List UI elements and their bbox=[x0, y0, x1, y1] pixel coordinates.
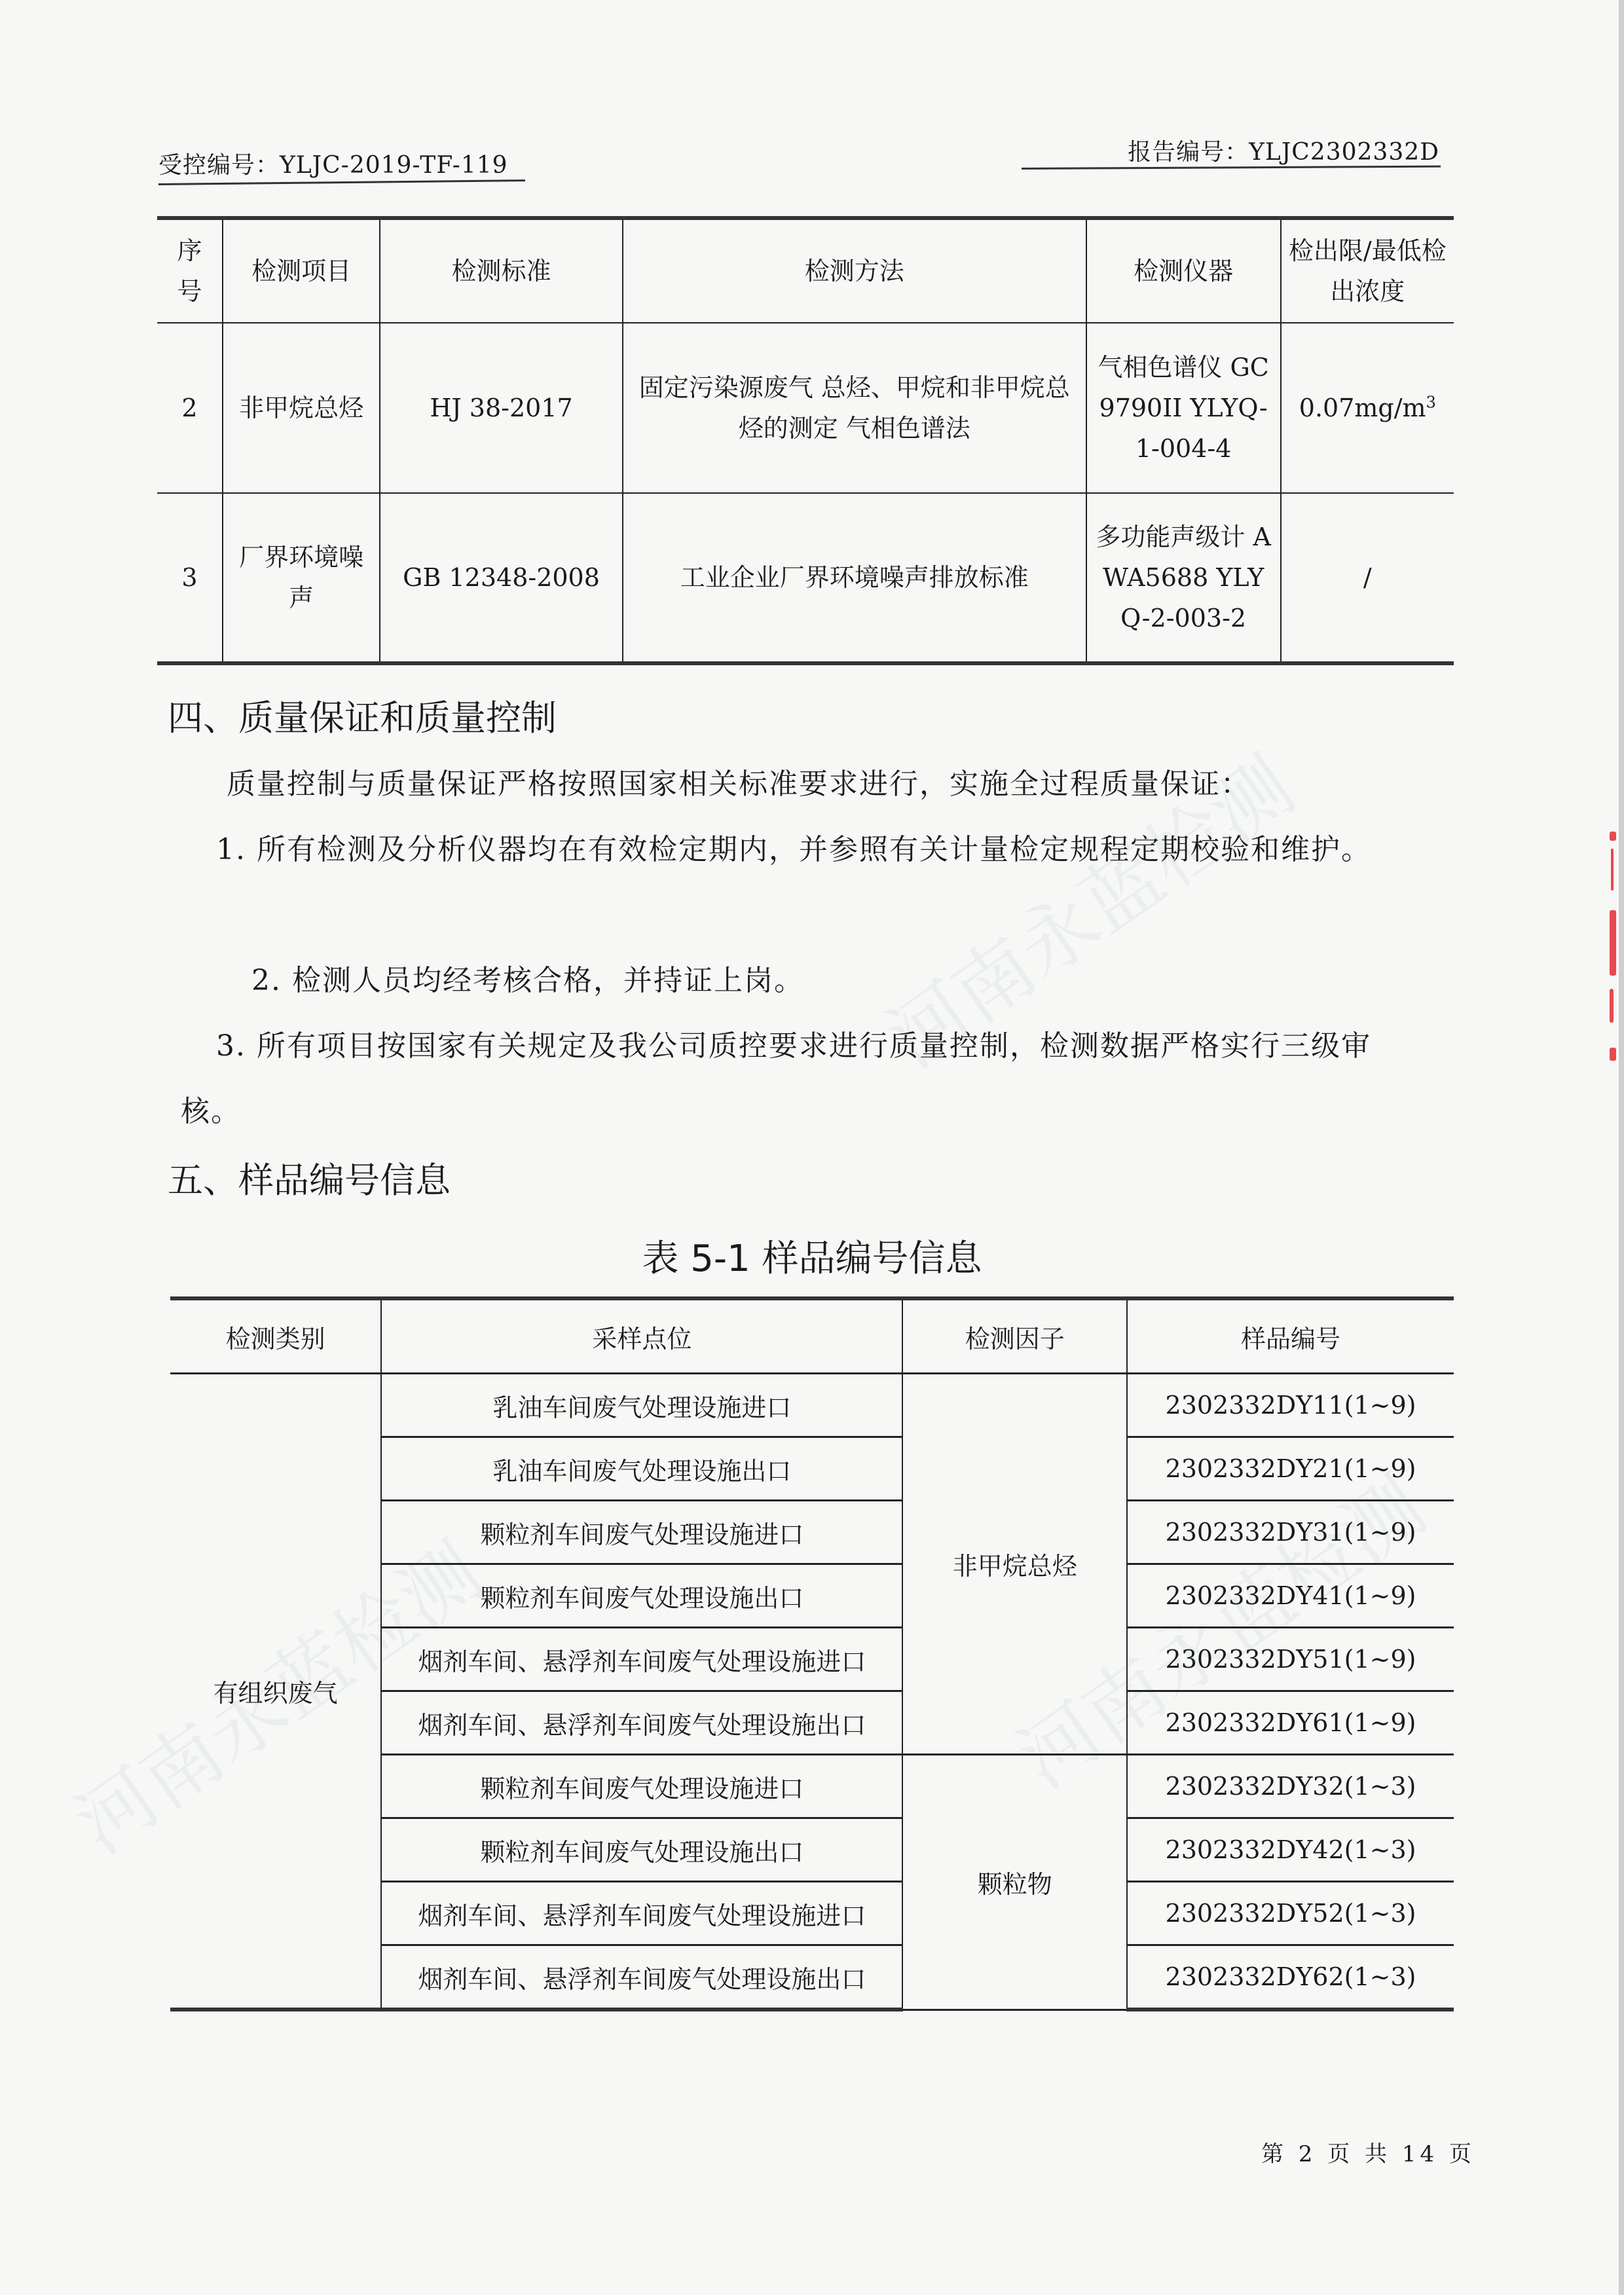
header-method: 检测方法 bbox=[623, 218, 1086, 323]
header-standard: 检测标准 bbox=[380, 218, 623, 323]
cell-location: 烟剂车间、悬浮剂车间废气处理设施出口 bbox=[381, 1691, 902, 1755]
cell-factor: 非甲烷总烃 bbox=[902, 1374, 1127, 1755]
table-header-row: 序 号 检测项目 检测标准 检测方法 检测仪器 检出限/最低检出浓度 bbox=[157, 218, 1454, 323]
cell-location: 颗粒剂车间废气处理设施进口 bbox=[381, 1755, 902, 1818]
quality-intro: 质量控制与质量保证严格按照国家相关标准要求进行，实施全过程质量保证： bbox=[227, 752, 1445, 817]
cell-location: 颗粒剂车间废气处理设施出口 bbox=[381, 1564, 902, 1628]
quality-item-1: 1. 所有检测及分析仪器均在有效检定期内，并参照有关计量检定规程定期校验和维护。 bbox=[181, 817, 1412, 883]
quality-item-3: 3. 所有项目按国家有关规定及我公司质控要求进行质量控制，检测数据严格实行三级审… bbox=[181, 1014, 1412, 1145]
table-row: 2 非甲烷总烃 HJ 38-2017 固定污染源废气 总烃、甲烷和非甲烷总烃的测… bbox=[157, 323, 1454, 493]
page-edge bbox=[1619, 0, 1624, 2295]
cell-location: 颗粒剂车间废气处理设施出口 bbox=[381, 1818, 902, 1882]
control-number: 受控编号：YLJC-2019-TF-119 bbox=[158, 147, 508, 180]
cell-method: 固定污染源废气 总烃、甲烷和非甲烷总烃的测定 气相色谱法 bbox=[623, 323, 1086, 493]
cell-instrument: 多功能声级计 AWA5688 YLYQ-2-003-2 bbox=[1086, 493, 1281, 663]
cell-location: 乳油车间废气处理设施进口 bbox=[381, 1374, 902, 1437]
cell-location: 颗粒剂车间废气处理设施进口 bbox=[381, 1501, 902, 1564]
limit-value: 0.07mg/m bbox=[1299, 394, 1426, 422]
header-limit: 检出限/最低检出浓度 bbox=[1281, 218, 1454, 323]
header-factor: 检测因子 bbox=[902, 1298, 1127, 1374]
cell-location: 乳油车间废气处理设施出口 bbox=[381, 1437, 902, 1501]
cell-instrument: 气相色谱仪 GC9790II YLYQ-1-004-4 bbox=[1086, 323, 1281, 493]
cell-location: 烟剂车间、悬浮剂车间废气处理设施进口 bbox=[381, 1628, 902, 1691]
cell-sample-id: 2302332DY41(1~9) bbox=[1127, 1564, 1454, 1628]
cell-sample-id: 2302332DY52(1~3) bbox=[1127, 1882, 1454, 1945]
cell-location: 烟剂车间、悬浮剂车间废气处理设施出口 bbox=[381, 1945, 902, 2010]
cell-sample-id: 2302332DY21(1~9) bbox=[1127, 1437, 1454, 1501]
cell-sample-id: 2302332DY61(1~9) bbox=[1127, 1691, 1454, 1755]
table-row: 有组织废气 乳油车间废气处理设施进口 非甲烷总烃 2302332DY11(1~9… bbox=[170, 1374, 1454, 1437]
page-number: 第 2 页 共 14 页 bbox=[1261, 2136, 1475, 2168]
section-title-samples: 五、样品编号信息 bbox=[168, 1152, 451, 1203]
header-instrument: 检测仪器 bbox=[1086, 218, 1281, 323]
table-header-row: 检测类别 采样点位 检测因子 样品编号 bbox=[170, 1298, 1454, 1374]
cell-sample-id: 2302332DY31(1~9) bbox=[1127, 1501, 1454, 1564]
cell-category: 有组织废气 bbox=[170, 1374, 381, 2010]
cell-factor: 颗粒物 bbox=[902, 1755, 1127, 2010]
cell-sample-id: 2302332DY11(1~9) bbox=[1127, 1374, 1454, 1437]
header-seq: 序 号 bbox=[157, 218, 223, 323]
report-number: 报告编号：YLJC2302332D bbox=[1128, 134, 1439, 167]
cell-standard: HJ 38-2017 bbox=[380, 323, 623, 493]
quality-item-2: 2. 检测人员均经考核合格，并持证上岗。 bbox=[251, 948, 1443, 1014]
cell-item: 厂界环境噪声 bbox=[223, 493, 380, 663]
methods-table: 序 号 检测项目 检测标准 检测方法 检测仪器 检出限/最低检出浓度 2 非甲烷… bbox=[157, 216, 1454, 665]
cell-seq: 3 bbox=[157, 493, 223, 663]
cell-limit: / bbox=[1281, 493, 1454, 663]
cell-location: 烟剂车间、悬浮剂车间废气处理设施进口 bbox=[381, 1882, 902, 1945]
header-underline bbox=[1022, 166, 1441, 170]
section-title-quality: 四、质量保证和质量控制 bbox=[168, 690, 557, 741]
sample-table: 检测类别 采样点位 检测因子 样品编号 有组织废气 乳油车间废气处理设施进口 非… bbox=[170, 1296, 1454, 2011]
header-category: 检测类别 bbox=[170, 1298, 381, 1374]
cell-sample-id: 2302332DY32(1~3) bbox=[1127, 1755, 1454, 1818]
cell-method: 工业企业厂界环境噪声排放标准 bbox=[623, 493, 1086, 663]
limit-superscript: 3 bbox=[1426, 393, 1436, 411]
table-row: 3 厂界环境噪声 GB 12348-2008 工业企业厂界环境噪声排放标准 多功… bbox=[157, 493, 1454, 663]
seal-stamp-fragment bbox=[1607, 832, 1619, 1080]
cell-sample-id: 2302332DY51(1~9) bbox=[1127, 1628, 1454, 1691]
header-location: 采样点位 bbox=[381, 1298, 902, 1374]
header-sample-id: 样品编号 bbox=[1127, 1298, 1454, 1374]
cell-standard: GB 12348-2008 bbox=[380, 493, 623, 663]
cell-seq: 2 bbox=[157, 323, 223, 493]
cell-item: 非甲烷总烃 bbox=[223, 323, 380, 493]
header-underline bbox=[158, 179, 525, 185]
cell-sample-id: 2302332DY42(1~3) bbox=[1127, 1818, 1454, 1882]
cell-limit: 0.07mg/m3 bbox=[1281, 323, 1454, 493]
header-item: 检测项目 bbox=[223, 218, 380, 323]
cell-sample-id: 2302332DY62(1~3) bbox=[1127, 1945, 1454, 2010]
table-caption: 表 5-1 样品编号信息 bbox=[0, 1230, 1624, 1282]
